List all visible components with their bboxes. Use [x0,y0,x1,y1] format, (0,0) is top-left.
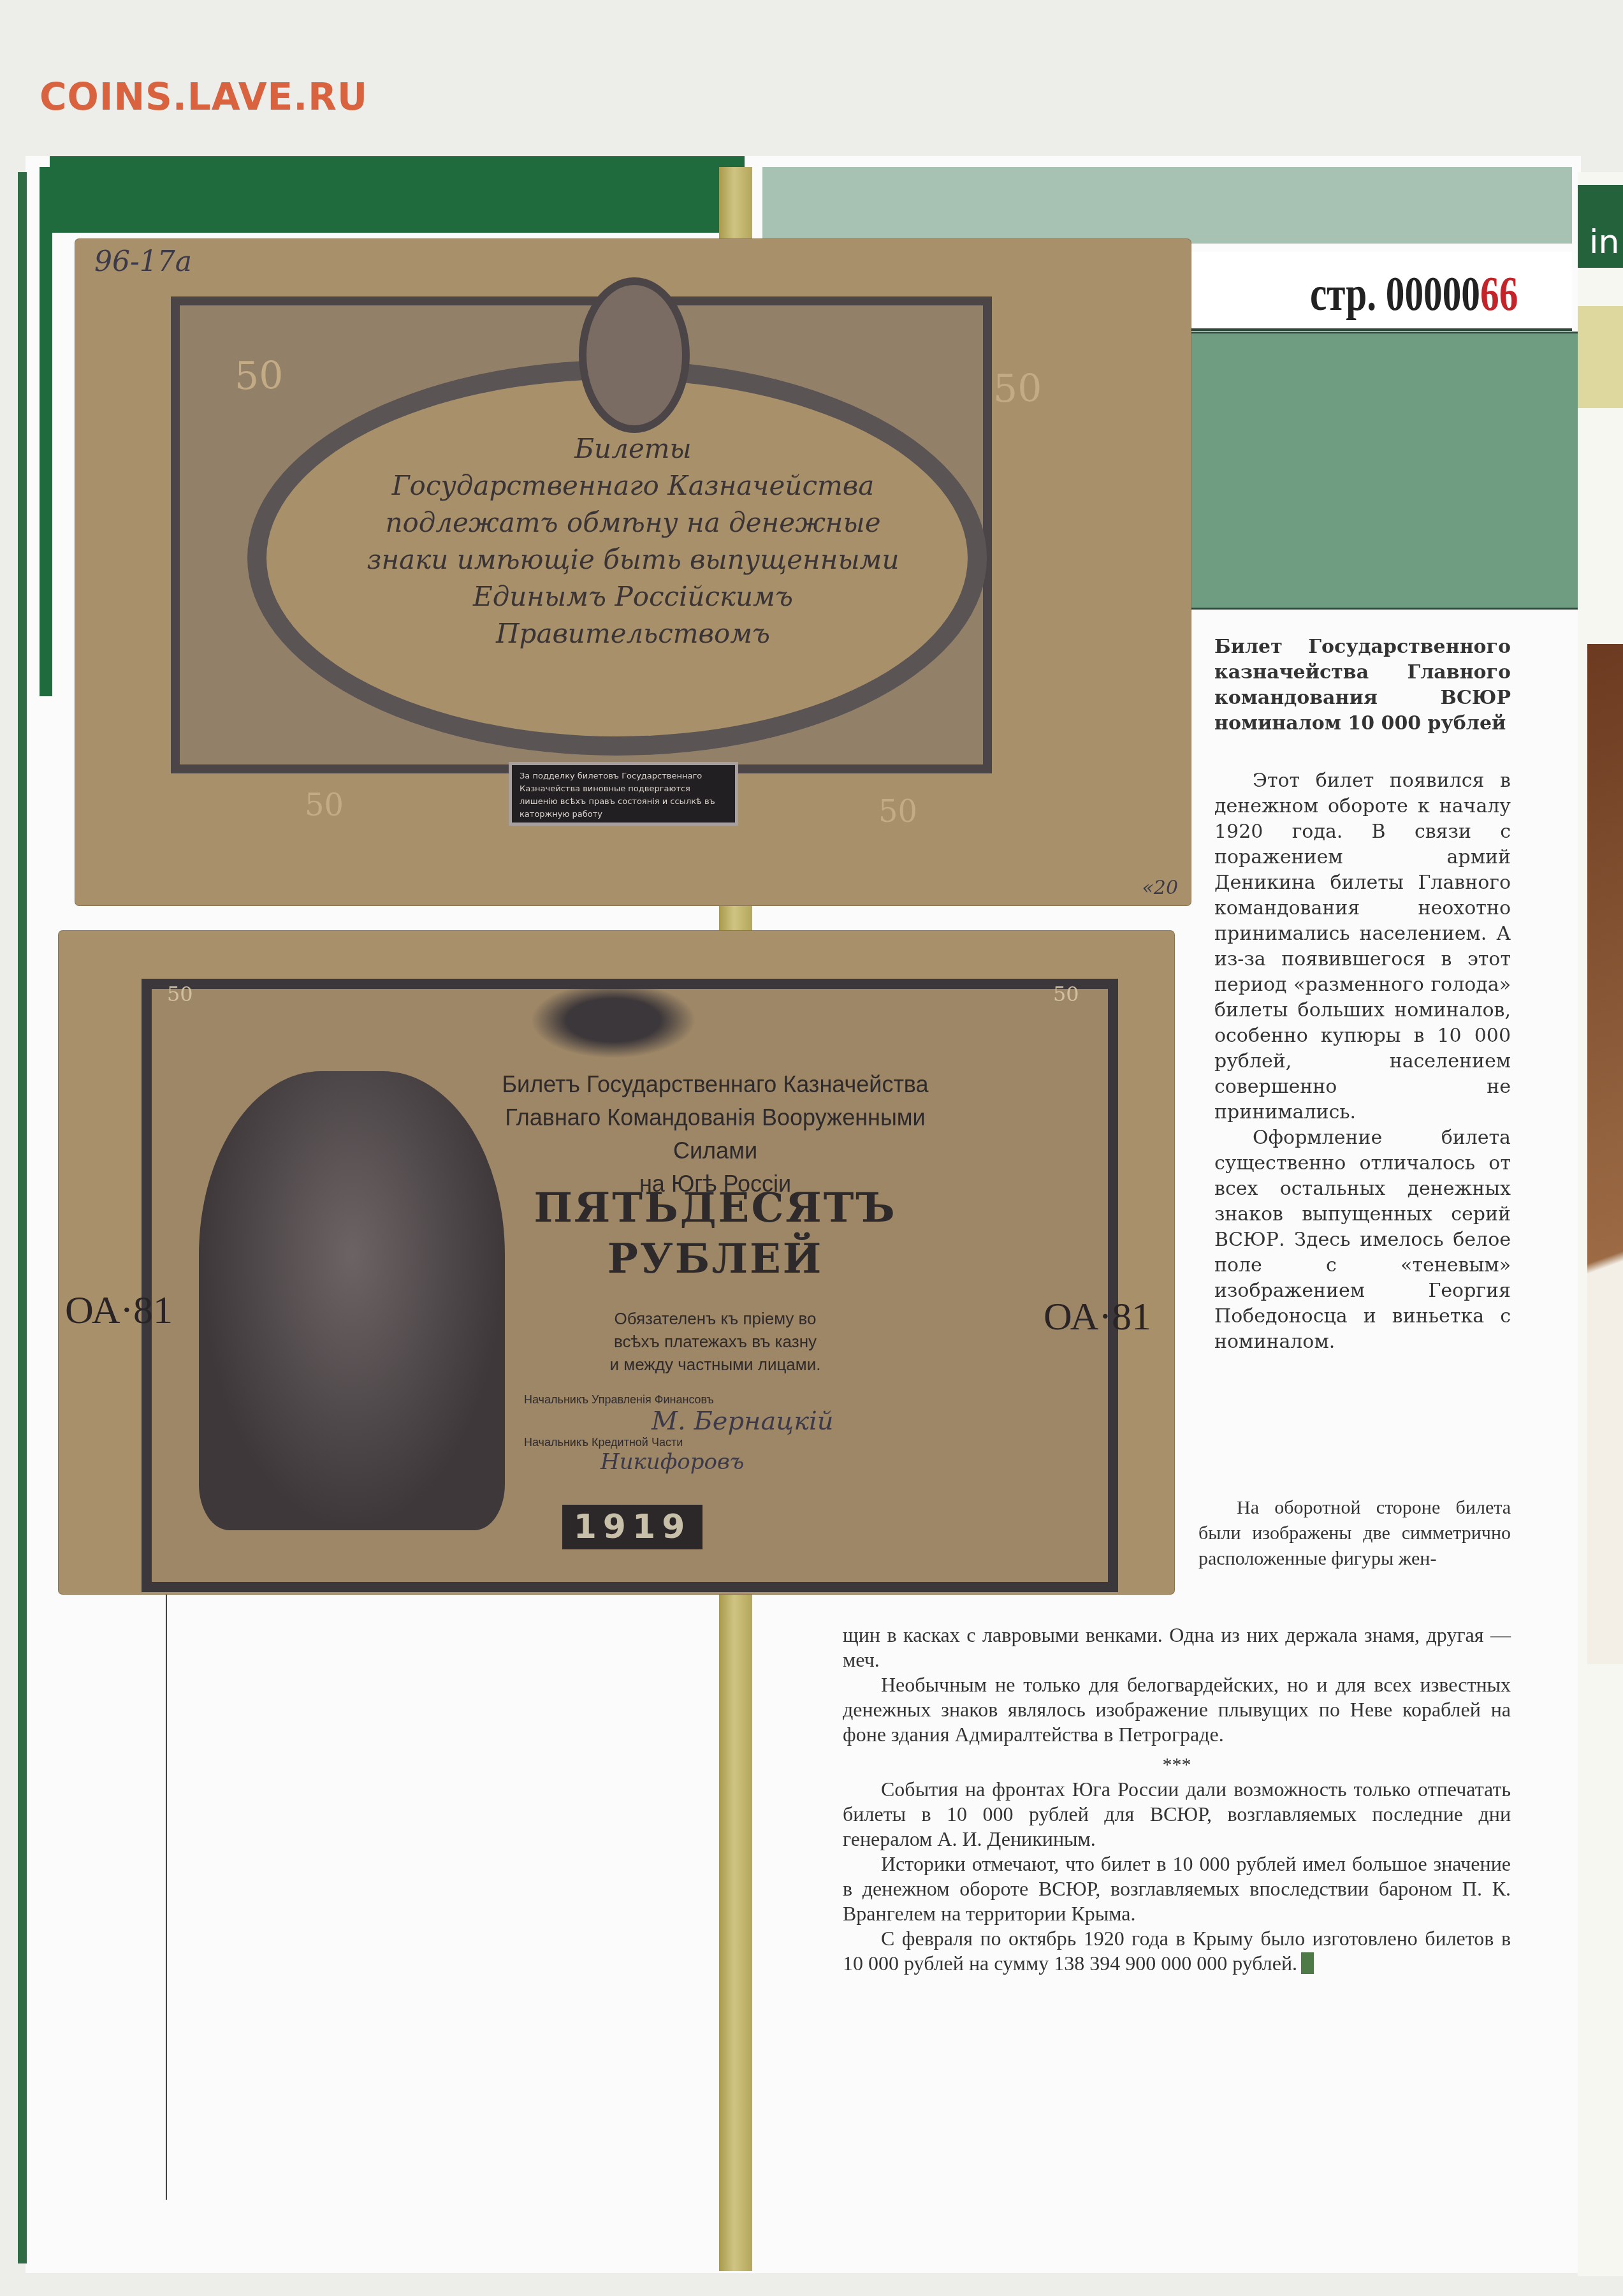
article-end-mark-icon [1301,1952,1314,1974]
article-paragraph: На оборотной стороне билета были изображ… [1198,1495,1511,1572]
banknote-reverse-image: 96-17а «20 50 50 50 50 Билеты Государств… [75,239,1191,905]
denomination-mark: 50 [167,982,193,1006]
counterfeit-warning-plaque: За подделку билетовъ Государственнаго Ка… [509,762,738,826]
page-number-zeros: 00000 [1386,267,1480,321]
handwritten-catalog-note: 96-17а [94,245,192,278]
denomination-mark: 50 [305,787,344,823]
banknote-obligation: Обязателенъ къ пріему во всѣхъ платежахъ… [467,1307,964,1376]
st-george-emblem-icon [579,277,690,433]
banknote-obverse-image: 50 50 Билетъ Государственнаго Казначейст… [59,931,1174,1594]
caption-body: Этот билет появился в денежном обороте к… [1214,768,1511,1355]
issue-year: 1919 [562,1505,702,1549]
amount-line: РУБЛЕЙ [467,1234,964,1285]
adjacent-page-header: in [1578,185,1623,268]
caption-title: Билет Государственного казначейства Глав… [1214,634,1511,736]
signature-block: Начальникъ Управленія Финансовъ М. Берна… [524,1393,932,1475]
denomination-mark: 50 [1053,982,1079,1006]
signature-label: Начальникъ Кредитной Части [524,1436,932,1449]
page-prefix: стр. [1310,267,1386,321]
header-band-edge [40,167,52,696]
obligation-line: Обязателенъ къ пріему во [467,1307,964,1330]
caption-paragraph: Оформление билета существенно отличалось… [1214,1125,1511,1355]
article-paragraph: щин в касках с лавровыми венками. Одна и… [843,1623,1511,1672]
decorative-green-block [1186,332,1581,610]
page-stack-edge [18,172,27,2263]
header-band-dark-green [50,156,745,233]
title-line: Билетъ Государственнаго Казначейства [467,1068,964,1101]
script-line: Государственнаго Казначейства [266,467,1000,504]
article-paragraph: Историки отмечают, что билет в 10 000 ру… [843,1852,1511,1926]
denomination-mark: 50 [235,354,283,399]
serial-number-right: ОА·81 [1044,1294,1151,1340]
article-paragraph: Необычным не только для белогвардейских,… [843,1672,1511,1747]
section-separator: *** [843,1752,1511,1777]
denomination-mark: 50 [878,794,917,830]
script-line: подлежатъ обмѣну на денежные [266,504,1000,541]
column-rule [166,1588,167,2200]
banknote-amount: ПЯТЬДЕСЯТЪ РУБЛЕЙ [467,1183,964,1285]
banknote-script-text: Билеты Государственнаго Казначейства под… [266,430,1000,652]
denomination-mark: 50 [993,367,1042,411]
script-line: Правительствомъ [266,615,1000,652]
article-wide-column: щин в касках с лавровыми венками. Одна и… [843,1623,1511,1976]
handwritten-corner-note: «20 [1142,877,1178,899]
obligation-line: и между частными лицами. [467,1353,964,1376]
obligation-line: всѣхъ платежахъ въ казну [467,1330,964,1353]
title-line: Главнаго Командованія Вооруженными Силам… [467,1101,964,1167]
script-line: Билеты [266,430,1000,467]
signature: М. Бернацкій [651,1407,932,1436]
site-watermark: COINS.LAVE.RU [40,75,368,119]
adjacent-page-band [1578,306,1623,408]
allegorical-figures-engraving [199,1071,505,1530]
amount-line: ПЯТЬДЕСЯТЪ [467,1183,964,1234]
signature-label: Начальникъ Управленія Финансовъ [524,1393,932,1407]
header-band-light-green [762,167,1572,244]
article-paragraph: События на фронтах Юга России дали возмо… [843,1777,1511,1852]
page-number-accent: 66 [1480,267,1518,321]
double-eagle-icon [530,982,696,1058]
banknote-title: Билетъ Государственнаго Казначейства Гла… [467,1068,964,1201]
page-number: стр. 0000066 [1310,267,1518,322]
article-paragraph: С февраля по октябрь 1920 года в Крыму б… [843,1927,1511,1975]
adjacent-page-image [1587,644,1623,1664]
serial-number-left: ОА·81 [65,1288,173,1333]
caption-paragraph: Этот билет появился в денежном обороте к… [1214,768,1511,1125]
adjacent-page-text: in [1589,223,1619,261]
article-narrow-column: На оборотной стороне билета были изображ… [1198,1495,1511,1572]
script-line: Единымъ Россійскимъ [266,578,1000,615]
signature: Никифоровъ [600,1449,932,1475]
script-line: знаки имѣющіе быть выпущенными [266,541,1000,578]
